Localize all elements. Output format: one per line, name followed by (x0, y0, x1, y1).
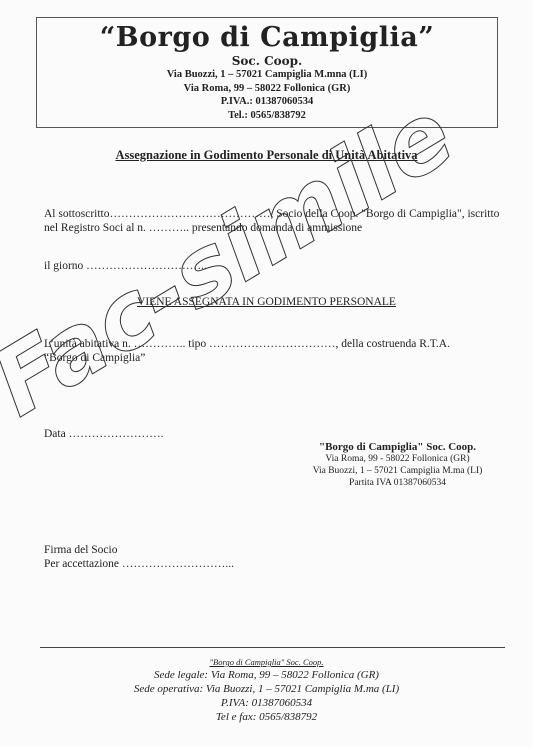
letterhead-vat: P.IVA.: 01387060534 (37, 95, 497, 109)
document-title: Assegnazione in Godimento Personale di U… (0, 148, 533, 163)
date-field: Data ……………………. (44, 427, 163, 441)
footer: "Borgo di Campiglia" Soc. Coop. Sede leg… (0, 657, 533, 724)
footer-phone: Tel e fax: 0565/838792 (0, 710, 533, 724)
unit-project-name: “Borgo di Campiglia” (44, 351, 145, 365)
letterhead-address-2: Via Roma, 99 – 58022 Follonica (GR) (37, 82, 497, 96)
acceptance-line: Per accettazione ………………………... (44, 557, 234, 571)
unit-line: L’unità abitativa n. ………….. tipo …………………… (44, 337, 450, 351)
registry-line: nel Registro Soci al n. ……….. presentand… (44, 221, 362, 235)
cooperative-address-2: Via Buozzi, 1 – 57021 Campiglia M.ma (LI… (290, 465, 505, 477)
letterhead-address-1: Via Buozzi, 1 – 57021 Campiglia M.mna (L… (37, 68, 497, 82)
date-of-application: il giorno ………………………….. (44, 259, 207, 273)
assignment-heading: VIENE ASSEGNATA IN GODIMENTO PERSONALE (0, 296, 533, 308)
brand-name: “Borgo di Campiglia” (37, 22, 497, 54)
footer-divider (40, 647, 505, 648)
cooperative-address-1: Via Roma, 99 - 58022 Follonica (GR) (290, 453, 505, 465)
member-signature-label: Firma del Socio (44, 543, 117, 557)
cooperative-signature-block: "Borgo di Campiglia" Soc. Coop. Via Roma… (290, 441, 505, 489)
brand-subtitle: Soc. Coop. (37, 54, 497, 68)
member-line: Al sottoscritto……………………………………, Socio del… (44, 207, 499, 221)
footer-operational-seat: Sede operativa: Via Buozzi, 1 – 57021 Ca… (0, 682, 533, 696)
cooperative-vat: Partita IVA 01387060534 (290, 477, 505, 489)
cooperative-name: "Borgo di Campiglia" Soc. Coop. (290, 441, 505, 453)
letterhead-phone: Tel.: 0565/838792 (37, 109, 497, 123)
footer-vat: P.IVA: 01387060534 (0, 696, 533, 710)
footer-name: "Borgo di Campiglia" Soc. Coop. (0, 657, 533, 668)
footer-legal-seat: Sede legale: Via Roma, 99 – 58022 Follon… (0, 668, 533, 682)
letterhead: “Borgo di Campiglia” Soc. Coop. Via Buoz… (36, 17, 498, 128)
